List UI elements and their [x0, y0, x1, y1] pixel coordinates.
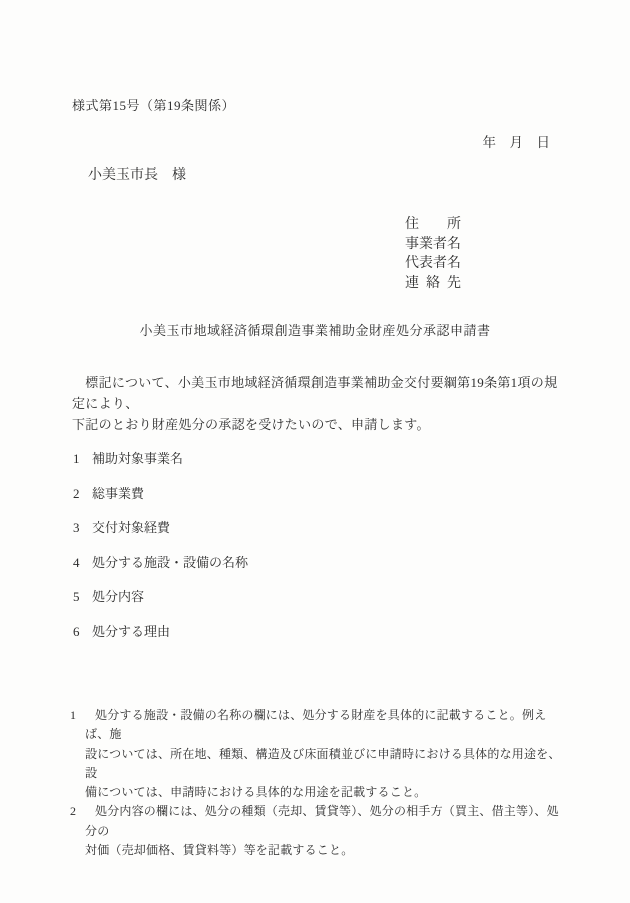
item-number: 4: [73, 555, 92, 571]
item-label: 総事業費: [92, 486, 144, 501]
note-number: 2: [70, 802, 76, 821]
note-2: 2 処分内容の欄には、処分の種類（売却、賃貸等）、処分の相手方（買主、借主等）、…: [70, 802, 570, 860]
item-number: 6: [73, 624, 92, 640]
note-1: 1 処分する施設・設備の名称の欄には、処分する財産を具体的に記載すること。例えば…: [70, 706, 570, 802]
note-line: 備については、申請時における具体的な用途を記載すること。: [85, 783, 570, 802]
item-number: 3: [73, 520, 92, 536]
notes-section: 1 処分する施設・設備の名称の欄には、処分する財産を具体的に記載すること。例えば…: [70, 706, 570, 860]
item-subsidized-project-name: 1補助対象事業名: [73, 448, 248, 468]
body-paragraph-line: 下記のとおり財産処分の承認を受けたいので、申請します。: [72, 414, 564, 435]
form-document-page: 様式第15号（第19条関係） 年 月 日 小美玉市長 様 住所 事業者名 代表者…: [0, 0, 630, 903]
body-paragraph-line: 標記について、小美玉市地域経済循環創造事業補助金交付要綱第19条第1項の規定によ…: [72, 372, 564, 414]
form-number: 様式第15号（第19条関係）: [72, 95, 235, 114]
sender-field-contact-label: 連絡先: [405, 274, 461, 294]
item-grant-eligible-expenses: 3交付対象経費: [73, 517, 248, 537]
item-disposal-details: 5処分内容: [73, 586, 248, 606]
sender-field-representative-name: 代表者名: [405, 254, 461, 274]
note-line: 設については、所在地、種類、構造及び床面積並びに申請時における具体的な用途を、設: [85, 745, 570, 784]
sender-field-business-name: 事業者名: [405, 235, 461, 255]
body-paragraph: 標記について、小美玉市地域経済循環創造事業補助金交付要綱第19条第1項の規定によ…: [72, 372, 564, 435]
item-label: 処分する理由: [92, 624, 170, 639]
note-number: 1: [70, 706, 76, 725]
sender-field-address-label: 住所: [405, 215, 461, 235]
item-label: 交付対象経費: [92, 520, 170, 535]
item-facility-equipment-name: 4処分する施設・設備の名称: [73, 552, 248, 572]
form-title: 小美玉市地域経済循環創造事業補助金財産処分承認申請書: [0, 320, 630, 339]
item-number: 5: [73, 589, 92, 605]
sender-field-contact: 連絡先: [405, 274, 461, 294]
note-line: 処分する施設・設備の名称の欄には、処分する財産を具体的に記載すること。例えば、施: [85, 706, 570, 745]
date-line: 年 月 日: [483, 131, 551, 151]
item-disposal-reason: 6処分する理由: [73, 621, 248, 641]
item-number: 2: [73, 486, 92, 502]
note-line: 対価（売却価格、賃貸料等）等を記載すること。: [85, 841, 570, 860]
sender-field-business-name-label: 事業者名: [405, 235, 461, 255]
item-label: 処分内容: [92, 589, 144, 604]
item-label: 処分する施設・設備の名称: [92, 555, 248, 570]
item-number: 1: [73, 451, 92, 467]
note-line: 処分内容の欄には、処分の種類（売却、賃貸等）、処分の相手方（買主、借主等）、処分…: [85, 802, 570, 841]
sender-field-address: 住所: [405, 215, 461, 235]
addressee: 小美玉市長 様: [88, 164, 186, 184]
item-label: 補助対象事業名: [92, 451, 183, 466]
sender-field-representative-name-label: 代表者名: [405, 254, 461, 274]
sender-block: 住所 事業者名 代表者名 連絡先: [405, 215, 461, 293]
item-total-project-cost: 2総事業費: [73, 483, 248, 503]
numbered-items-list: 1補助対象事業名 2総事業費 3交付対象経費 4処分する施設・設備の名称 5処分…: [73, 448, 248, 655]
